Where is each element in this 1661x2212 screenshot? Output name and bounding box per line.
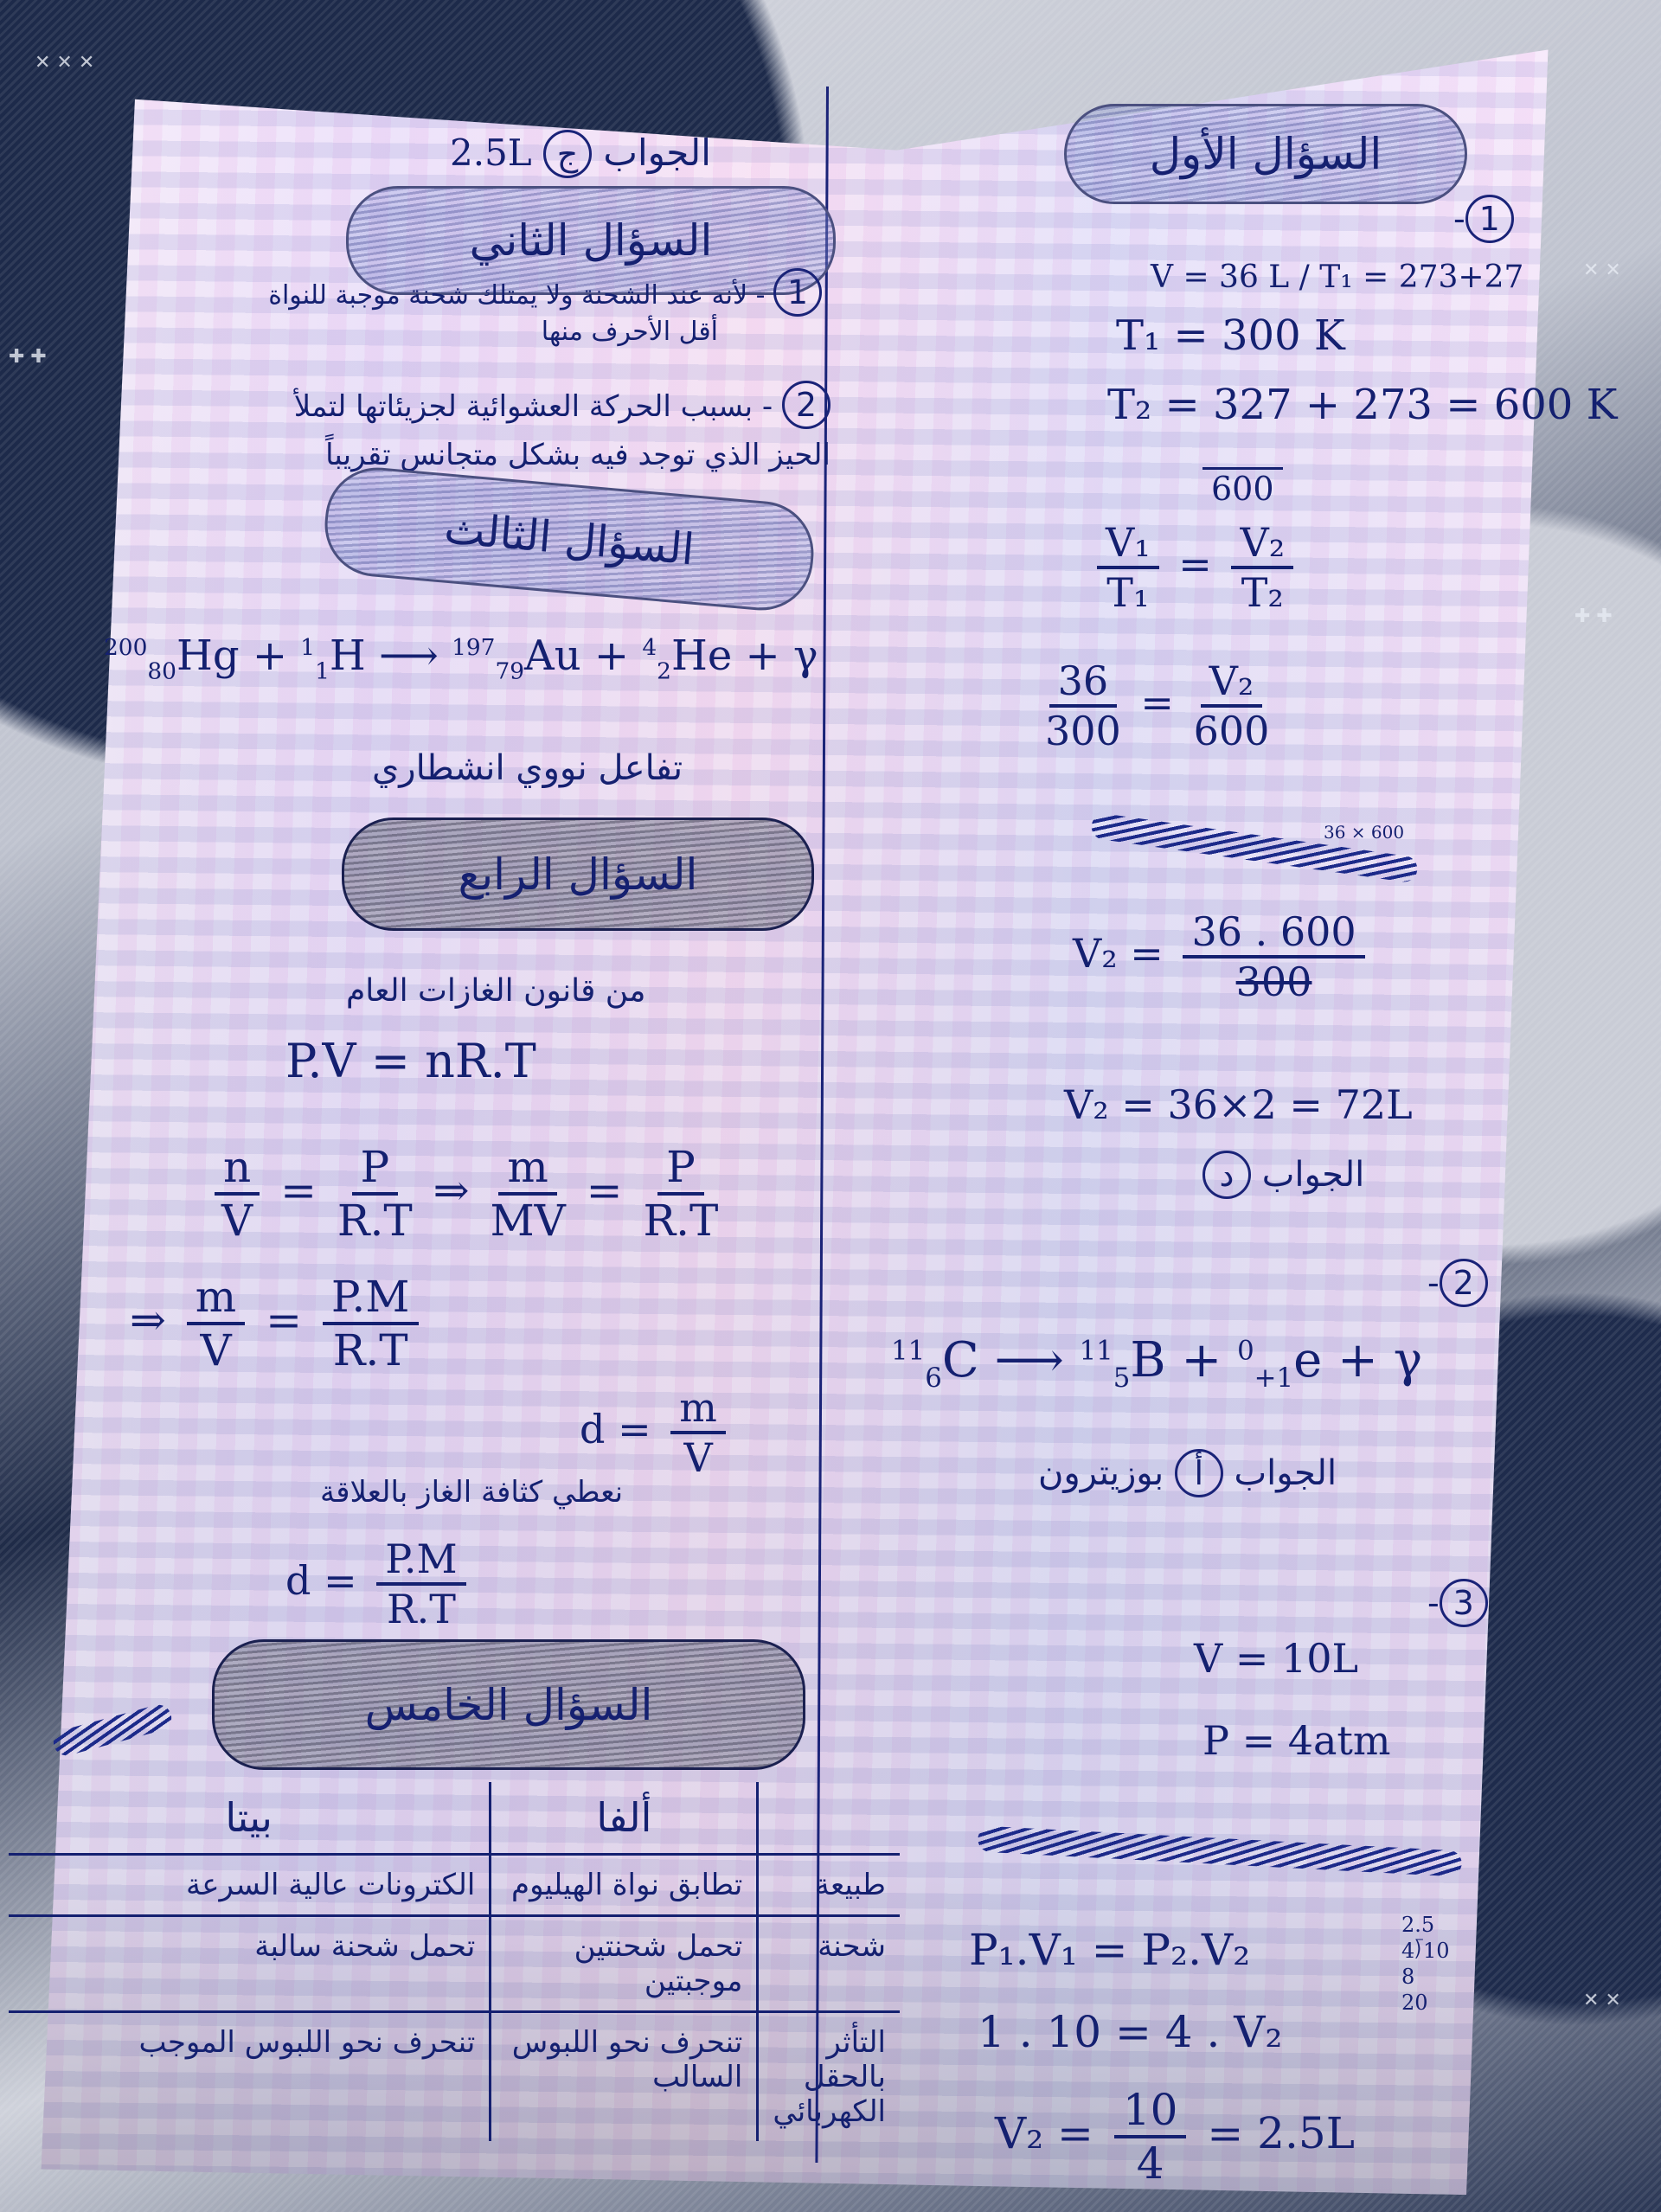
table-header	[758, 1782, 900, 1855]
nuclear-reaction-equation: 20080Hg + 11H ⟶ 19779Au + 42He + γ	[104, 632, 818, 685]
q1-part2-number: -2	[1427, 1259, 1488, 1307]
q1-part3-number: -3	[1427, 1579, 1488, 1627]
q1-t2-sum: 600	[1202, 467, 1283, 508]
table-row: التأثر بالحقل الكهربائي تنحرف نحو اللبوس…	[9, 2012, 900, 2142]
charles-substitution: 36300 = V₂600	[1038, 657, 1276, 754]
table-row: طبيعة تطابق نواة الهيليوم الكترونات عالي…	[9, 1855, 900, 1916]
q4-header: السؤال الرابع	[459, 850, 698, 900]
table-header: ألفا	[491, 1782, 758, 1855]
table-cell: تحمل شحنتين موجبتين	[491, 1916, 758, 2012]
q4-intro: من قانون الغازات العام	[346, 973, 645, 1009]
alpha-beta-comparison-table: ألفا بيتا طبيعة تطابق نواة الهيليوم الكت…	[9, 1782, 900, 2141]
density-formula: d = P.MR.T	[285, 1536, 473, 1632]
v2-final: V₂ = 104 = 2.5L	[995, 2085, 1355, 2189]
fabric-pattern: ✕ ✕	[1583, 260, 1621, 281]
derivation-step-2: ⇒ mV = P.MR.T	[130, 1272, 426, 1375]
q1-t2: T₂ = 327 + 273 = 600 K	[1107, 381, 1617, 429]
table-row: شحنة تحمل شحنتين موجبتين تحمل شحنة سالبة	[9, 1916, 900, 2012]
table-cell: طبيعة	[758, 1855, 900, 1916]
carried-answer: 2.5L ج الجواب	[450, 130, 711, 178]
v2-fraction: V₂ = 36 . 600300	[1073, 908, 1372, 1005]
q4-header-cloud: السؤال الرابع	[342, 817, 814, 931]
fabric-pattern: ✚ ✚	[1574, 606, 1613, 627]
q5-header-cloud: السؤال الخامس	[212, 1639, 805, 1770]
table-cell: الكترونات عالية السرعة	[9, 1855, 491, 1916]
side-long-division: 2.5 4⟌10 8 20	[1401, 1912, 1449, 2016]
derivation-step-1: nV = PR.T ⇒ mMV = PR.T	[208, 1142, 725, 1246]
beta-plus-decay-equation: 116C ⟶ 115B + 0+1e + γ	[891, 1332, 1422, 1394]
fabric-pattern: ✕ ✕ ✕	[35, 52, 94, 74]
scratch-note: 36 × 600	[1324, 822, 1404, 843]
q1-header: السؤال الأول	[1150, 129, 1382, 179]
q1-part2-answer: الجواب أ بوزيترون	[1038, 1449, 1337, 1497]
fabric-pattern: ✚ ✚	[9, 346, 47, 368]
v2-result: V₂ = 36×2 = 72L	[1064, 1081, 1413, 1128]
ideal-gas-law: P.V = nR.T	[285, 1034, 536, 1088]
table-cell: تحمل شحنة سالبة	[9, 1916, 491, 2012]
table-cell: تنحرف نحو اللبوس الموجب	[9, 2012, 491, 2142]
table-cell: شحنة	[758, 1916, 900, 2012]
q1-given-line: V = 36 L / T₁ = 273+27	[1151, 260, 1523, 295]
given-pressure: P = 4atm	[1202, 1717, 1391, 1764]
table-cell: تنحرف نحو اللبوس السالب	[491, 2012, 758, 2142]
q3-reaction-type: تفاعل نووي انشطاري	[372, 748, 683, 788]
q5-header: السؤال الخامس	[365, 1680, 653, 1730]
table-header: بيتا	[9, 1782, 491, 1855]
table-cell: تطابق نواة الهيليوم	[491, 1855, 758, 1916]
q2-item-1: 1 - لأنه عند الشحنة ولا يمتلك شحنة موجبة…	[156, 268, 822, 347]
q2-header: السؤال الثاني	[470, 215, 713, 266]
table-cell: التأثر بالحقل الكهربائي	[758, 2012, 900, 2142]
q1-part1-answer: الجواب د	[1202, 1151, 1364, 1199]
boyle-law: P₁.V₁ = P₂.V₂	[969, 1925, 1250, 1975]
density-definition: d = mV	[580, 1384, 733, 1481]
q1-part1-number: -1	[1453, 195, 1514, 243]
charles-law: V₁T₁ = V₂T₂	[1090, 519, 1300, 616]
table-header-row: ألفا بيتا	[9, 1782, 900, 1855]
q1-t1: T₁ = 300 K	[1116, 311, 1345, 360]
q1-header-cloud: السؤال الأول	[1064, 104, 1467, 204]
q2-item-2: 2 - بسبب الحركة العشوائية لجزيئاتها لتمل…	[138, 381, 830, 479]
q4-conclusion: نعطي كثافة الغاز بالعلاقة	[320, 1475, 623, 1510]
given-volume: V = 10L	[1194, 1635, 1358, 1682]
q3-header: السؤال الثالث	[442, 503, 696, 574]
boyle-substitution: 1 . 10 = 4 . V₂	[978, 2007, 1282, 2057]
fabric-pattern: ✕ ✕	[1583, 1990, 1621, 2011]
